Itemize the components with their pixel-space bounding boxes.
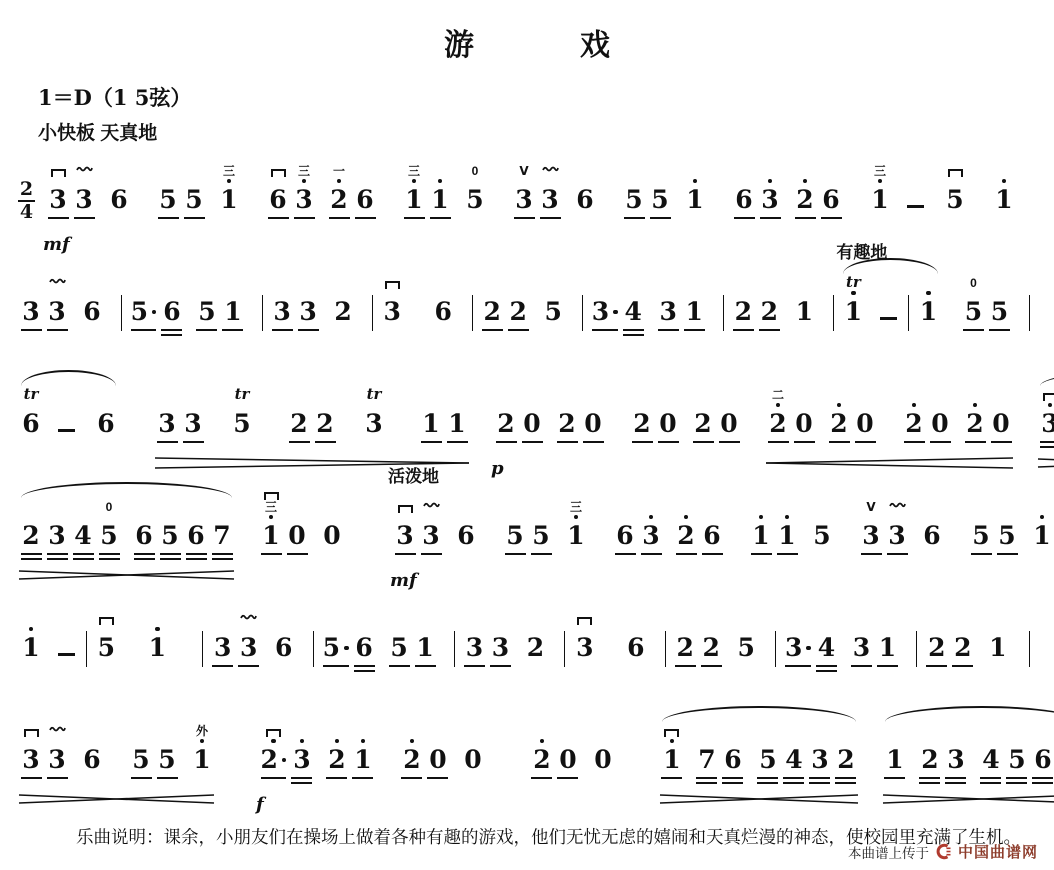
ornament-row: V: [519, 155, 528, 177]
note: 6: [731, 155, 757, 227]
eighth-underline: [184, 217, 205, 219]
cresc-decresc-hairpin: [18, 793, 215, 805]
beat-group: V33: [858, 491, 910, 563]
underline-row: [658, 327, 679, 339]
note-digit: 0: [720, 409, 737, 439]
octave-dot-row: [926, 289, 931, 297]
eighth-underline: [557, 777, 578, 779]
underline-row: [795, 215, 816, 227]
note: 2: [962, 379, 988, 451]
beat-group: 34: [589, 267, 646, 339]
ornament-row: 三: [223, 155, 235, 177]
cresc-decresc-hairpin: [659, 793, 859, 805]
note-digit: 3: [396, 521, 413, 551]
underline-row: [430, 215, 451, 227]
eighth-underline: [650, 217, 671, 219]
fingering-mark: 二: [772, 389, 784, 401]
beat-group: 51: [194, 267, 246, 339]
note-digit: 1: [193, 745, 210, 775]
beat-group: 3: [379, 267, 405, 339]
note-digit: 3: [158, 409, 175, 439]
ornament-row: 一: [333, 155, 345, 177]
ornament-row: [76, 155, 93, 177]
eighth-underline: [157, 777, 178, 779]
underline-row: [675, 663, 696, 675]
beat-group: tr5: [229, 379, 255, 451]
note: 三1: [867, 155, 893, 227]
underline-row: [926, 663, 947, 675]
note: 1: [748, 491, 774, 563]
underline-row: [298, 327, 319, 339]
beat-group: 5: [540, 267, 566, 339]
note: 3: [210, 603, 236, 675]
beat-group: 三1: [216, 155, 242, 227]
note-digit: 5: [532, 521, 549, 551]
underline-row: [196, 327, 217, 339]
beat-group: 20: [901, 379, 953, 451]
sixteenth-underline: [21, 558, 42, 560]
underline-row: [415, 663, 436, 675]
note-digit: 0: [464, 745, 481, 775]
note: 3: [44, 715, 70, 787]
octave-dot: [412, 179, 417, 184]
beat-group: 26: [673, 491, 725, 563]
note: 3: [783, 603, 814, 675]
note: 2: [917, 715, 943, 787]
eighth-underline: [835, 777, 856, 779]
note: 1: [412, 603, 438, 675]
note: 0: [988, 379, 1014, 451]
fingering-mark: 三: [265, 501, 277, 513]
note: 2: [698, 603, 724, 675]
beat-group: 63: [612, 491, 664, 563]
beat-group: 20: [826, 379, 878, 451]
underline-row: [987, 663, 1008, 675]
note: 0: [555, 715, 581, 787]
down-bow-icon: [948, 169, 963, 177]
beat-group: tr3: [361, 379, 387, 451]
note: 1: [444, 379, 470, 451]
down-bow-icon: [271, 169, 286, 177]
down-bow-icon: [99, 617, 114, 625]
note: 6: [720, 715, 746, 787]
octave-dot-row: [851, 289, 856, 297]
note: 0: [425, 715, 451, 787]
beat-group: 31: [655, 267, 707, 339]
eighth-underline: [395, 553, 416, 555]
eighth-underline: [99, 553, 120, 555]
underline-row: [919, 775, 940, 787]
eighth-underline: [785, 665, 811, 667]
eighth-underline: [661, 777, 682, 779]
eighth-underline: [329, 217, 350, 219]
octave-dot: [361, 739, 366, 744]
note-digit: 3: [576, 633, 593, 663]
note: 2: [826, 379, 852, 451]
underline-row: [991, 439, 1012, 451]
underline-row: [701, 663, 722, 675]
underline-row: [322, 551, 343, 563]
underline-row: [158, 215, 179, 227]
sixteenth-underline: [1032, 782, 1053, 784]
beat-group: 5: [942, 155, 968, 227]
note-digit: 2: [830, 409, 847, 439]
eighth-underline: [615, 553, 636, 555]
time-sig-denominator: 4: [20, 203, 33, 222]
octave-dot-row: [412, 177, 417, 185]
sixteenth-underline: [722, 782, 743, 784]
note: 5: [986, 267, 1012, 339]
augmentation-dot: [282, 758, 287, 763]
note: 6: [1030, 715, 1054, 787]
trill-icon: tr: [367, 387, 382, 401]
ornament-row: [240, 603, 257, 625]
octave-dot: [302, 179, 307, 184]
underline-row: [870, 215, 891, 227]
octave-dot-row: [776, 401, 781, 409]
sixteenth-underline: [945, 782, 966, 784]
eighth-underline: [21, 777, 42, 779]
note-digit: 5: [1008, 745, 1025, 775]
eighth-underline: [734, 217, 755, 219]
mordent-wave-icon: [423, 495, 440, 513]
octave-dot-row: [29, 625, 34, 633]
eighth-underline: [21, 553, 42, 555]
beat-group: 5: [809, 491, 835, 563]
eighth-underline: [768, 441, 789, 443]
underline-row: [809, 775, 830, 787]
eighth-underline: [583, 441, 604, 443]
beat-group: 1: [18, 603, 44, 675]
note: 2: [324, 715, 350, 787]
note-digit: 0: [559, 745, 576, 775]
eighth-underline: [268, 217, 289, 219]
underline-row: [757, 775, 778, 787]
note-digit: 1: [1033, 521, 1050, 551]
underline-row: [160, 551, 181, 563]
ornament-row: [49, 267, 66, 289]
down-bow-icon: [664, 729, 679, 737]
note-digit: 3: [22, 745, 39, 775]
note-digit: 3: [785, 633, 811, 663]
beat-group: 1: [791, 267, 817, 339]
note-digit: 2: [334, 297, 351, 327]
note-digit: 4: [625, 297, 642, 327]
underline-row: [887, 551, 908, 563]
underline-row: [21, 775, 42, 787]
note: 2: [629, 379, 655, 451]
watermark-site-name: 中国曲谱网: [958, 841, 1038, 862]
underline-row: [650, 215, 671, 227]
fingering-mark: 三: [874, 165, 886, 177]
underline-row: [918, 327, 939, 339]
note-digit: 0: [584, 409, 601, 439]
underline-row: [291, 775, 312, 787]
note: 3: [289, 715, 315, 787]
underline-row: [183, 439, 204, 451]
cresc-decresc-hairpin: [18, 569, 235, 581]
down-bow-icon: [398, 505, 413, 513]
note: 0: [319, 491, 345, 563]
underline-row: [315, 439, 336, 451]
note: 2: [286, 379, 312, 451]
underline-row: [877, 663, 898, 675]
note: 5: [155, 155, 181, 227]
beat-group: 6: [919, 491, 945, 563]
octave-dot: [912, 403, 917, 408]
eighth-underline: [427, 777, 448, 779]
underline-row: [816, 663, 837, 675]
slur: [21, 370, 116, 386]
beat-group: 0: [460, 715, 486, 787]
slur: [1040, 370, 1054, 386]
beat-group: 51: [386, 603, 438, 675]
note: 二2: [765, 379, 791, 451]
beat-group: 6: [271, 603, 297, 675]
octave-dot: [803, 179, 808, 184]
underline-row: [843, 327, 864, 339]
beat-group: 55: [128, 715, 180, 787]
note-digit: 6: [269, 185, 286, 215]
beat-group: 二20: [765, 379, 817, 451]
eighth-underline: [722, 777, 743, 779]
ornament-row: 二: [772, 379, 784, 401]
eighth-underline: [157, 441, 178, 443]
note: 2f: [258, 715, 289, 787]
note: 5: [386, 603, 412, 675]
underline-row: [355, 215, 376, 227]
underline-row: [722, 775, 743, 787]
eighth-underline: [989, 329, 1010, 331]
note: 6: [271, 603, 297, 675]
underline-row: [851, 663, 872, 675]
down-bow-icon: [51, 169, 66, 177]
eighth-underline: [971, 553, 992, 555]
eighth-underline: [794, 441, 815, 443]
octave-dot: [759, 515, 764, 520]
underline-row: [401, 775, 422, 787]
eighth-underline: [809, 777, 830, 779]
note: 05: [462, 155, 488, 227]
beat-group: 0: [319, 491, 345, 563]
octave-dot-row: [269, 513, 274, 521]
beat-group: 6: [453, 491, 479, 563]
octave-dot-row: [1002, 177, 1007, 185]
note: 0: [519, 379, 545, 451]
note: 5: [320, 603, 351, 675]
note-digit: 5: [161, 521, 178, 551]
note: 2: [950, 603, 976, 675]
eighth-underline: [641, 553, 662, 555]
beat-group: 1: [882, 715, 908, 787]
note: 3: [487, 603, 513, 675]
underline-row: [794, 439, 815, 451]
note-digit: 3: [515, 185, 532, 215]
down-bow-icon: [264, 492, 279, 500]
eighth-underline: [531, 777, 552, 779]
note: V3: [858, 491, 884, 563]
note-digit: 5: [972, 521, 989, 551]
underline-row: [212, 663, 233, 675]
note: 6: [699, 491, 725, 563]
underline-row: [922, 551, 943, 563]
note-digit: 3: [299, 297, 316, 327]
note: 1: [220, 267, 246, 339]
ornament-row: [385, 267, 400, 289]
beat-group: 76: [694, 715, 746, 787]
eighth-underline: [965, 441, 986, 443]
note: 6: [93, 379, 119, 451]
note-digit: 1: [567, 521, 584, 551]
eighth-underline: [131, 329, 157, 331]
note-digit: 2: [677, 521, 694, 551]
beat-group: 三11: [401, 155, 453, 227]
note: 6: [131, 491, 157, 563]
note: 6: [106, 155, 132, 227]
note: 2: [730, 267, 756, 339]
eighth-underline: [963, 329, 984, 331]
sixteenth-underline: [1040, 446, 1054, 448]
note-digit: 2: [921, 745, 938, 775]
beat-group: 32二1一7: [1037, 379, 1054, 451]
eighth-underline: [757, 777, 778, 779]
trill-icon: tr: [846, 275, 861, 289]
beat-group: 055: [960, 267, 1012, 339]
octave-dot: [300, 739, 305, 744]
note-digit: 0: [523, 409, 540, 439]
mordent-wave-icon: [49, 719, 66, 737]
eighth-underline: [352, 777, 373, 779]
beat-group: 外1: [189, 715, 215, 787]
eighth-underline: [272, 329, 293, 331]
underline-row: [684, 327, 705, 339]
cresc-decresc-hairpin: [882, 793, 1054, 805]
note-digit: 0: [992, 409, 1009, 439]
ornament-row: [577, 603, 592, 625]
note: 0: [655, 379, 681, 451]
note-digit: 1: [416, 633, 433, 663]
duration-dash: [875, 267, 901, 339]
beat-group: 33: [18, 267, 70, 339]
note: 3: [537, 155, 563, 227]
note: 2: [672, 603, 698, 675]
note: 4: [70, 491, 96, 563]
octave-dot: [271, 739, 276, 744]
note: 5: [128, 715, 154, 787]
note-digit: 2: [330, 185, 347, 215]
watermark-prefix: 本曲谱上传于: [848, 842, 929, 862]
duration-dash: [53, 379, 79, 451]
time-sig-numerator: 2: [20, 180, 33, 199]
note-digit: 1: [220, 185, 237, 215]
note: 3: [180, 379, 206, 451]
beat-group: 5432: [755, 715, 859, 787]
octave-dot: [337, 179, 342, 184]
eighth-underline: [658, 441, 679, 443]
note: 05: [96, 491, 122, 563]
note: 3: [848, 603, 874, 675]
ornament-row: 外: [196, 715, 208, 737]
note: 1: [1029, 491, 1054, 563]
down-bow-icon: [577, 617, 592, 625]
octave-dot: [1002, 179, 1007, 184]
sixteenth-underline: [696, 782, 717, 784]
note-digit: 6: [434, 297, 451, 327]
beat-group: 23: [917, 715, 969, 787]
beat-group: 22: [672, 603, 724, 675]
eighth-underline: [261, 777, 287, 779]
slur: [662, 706, 856, 722]
eighth-underline: [294, 217, 315, 219]
note: 0: [852, 379, 878, 451]
note-digit: 3: [184, 409, 201, 439]
eighth-underline: [1040, 441, 1054, 443]
note: 0: [791, 379, 817, 451]
eighth-underline: [701, 665, 722, 667]
note-digit: 3: [49, 185, 66, 215]
note: 6: [818, 155, 844, 227]
underline-row: [994, 215, 1015, 227]
note-digit: 6: [703, 521, 720, 551]
crescendo-hairpin: [765, 457, 1014, 469]
note: 2: [529, 715, 555, 787]
eighth-underline: [684, 329, 705, 331]
octave-dot: [776, 403, 781, 408]
note: 6: [265, 155, 291, 227]
note-digit: 3: [422, 521, 439, 551]
note: 0: [716, 379, 742, 451]
note: 3: [572, 603, 598, 675]
note-digit: 6: [355, 633, 372, 663]
underline-row: [1006, 775, 1027, 787]
eighth-underline: [540, 217, 561, 219]
underline-row: [96, 439, 117, 451]
underline-row: [543, 327, 564, 339]
ornament-row: tr: [367, 379, 382, 401]
underline-row: [482, 327, 503, 339]
ornament-row: 三: [408, 155, 420, 177]
note-digit: 6: [576, 185, 593, 215]
octave-dot-row: [1040, 513, 1045, 521]
beat-group: 26: [792, 155, 844, 227]
beat-group: tr6: [18, 379, 44, 451]
trill-icon: tr: [235, 387, 250, 401]
note: 3: [461, 603, 487, 675]
note: 1: [427, 155, 453, 227]
dash-mark: [880, 317, 897, 321]
octave-dot: [1040, 515, 1045, 520]
octave-dot: [1048, 403, 1053, 408]
eighth-underline: [222, 329, 243, 331]
note: 2: [901, 379, 927, 451]
beat-group: 20: [962, 379, 1014, 451]
note: 5: [621, 155, 647, 227]
eighth-underline: [415, 665, 436, 667]
note-digit: 3: [541, 185, 558, 215]
note: 3: [757, 155, 783, 227]
underline-row: [462, 775, 483, 787]
note-digit: 2: [261, 745, 287, 775]
note: 3: [1037, 379, 1054, 451]
underline-row: [821, 215, 842, 227]
note-digit: 6: [275, 633, 292, 663]
octave-dot-row: [837, 401, 842, 409]
underline-row: [658, 439, 679, 451]
octave-dot-row: [438, 177, 443, 185]
sixteenth-underline: [99, 558, 120, 560]
underline-row: [1032, 775, 1053, 787]
underline-row: [456, 551, 477, 563]
